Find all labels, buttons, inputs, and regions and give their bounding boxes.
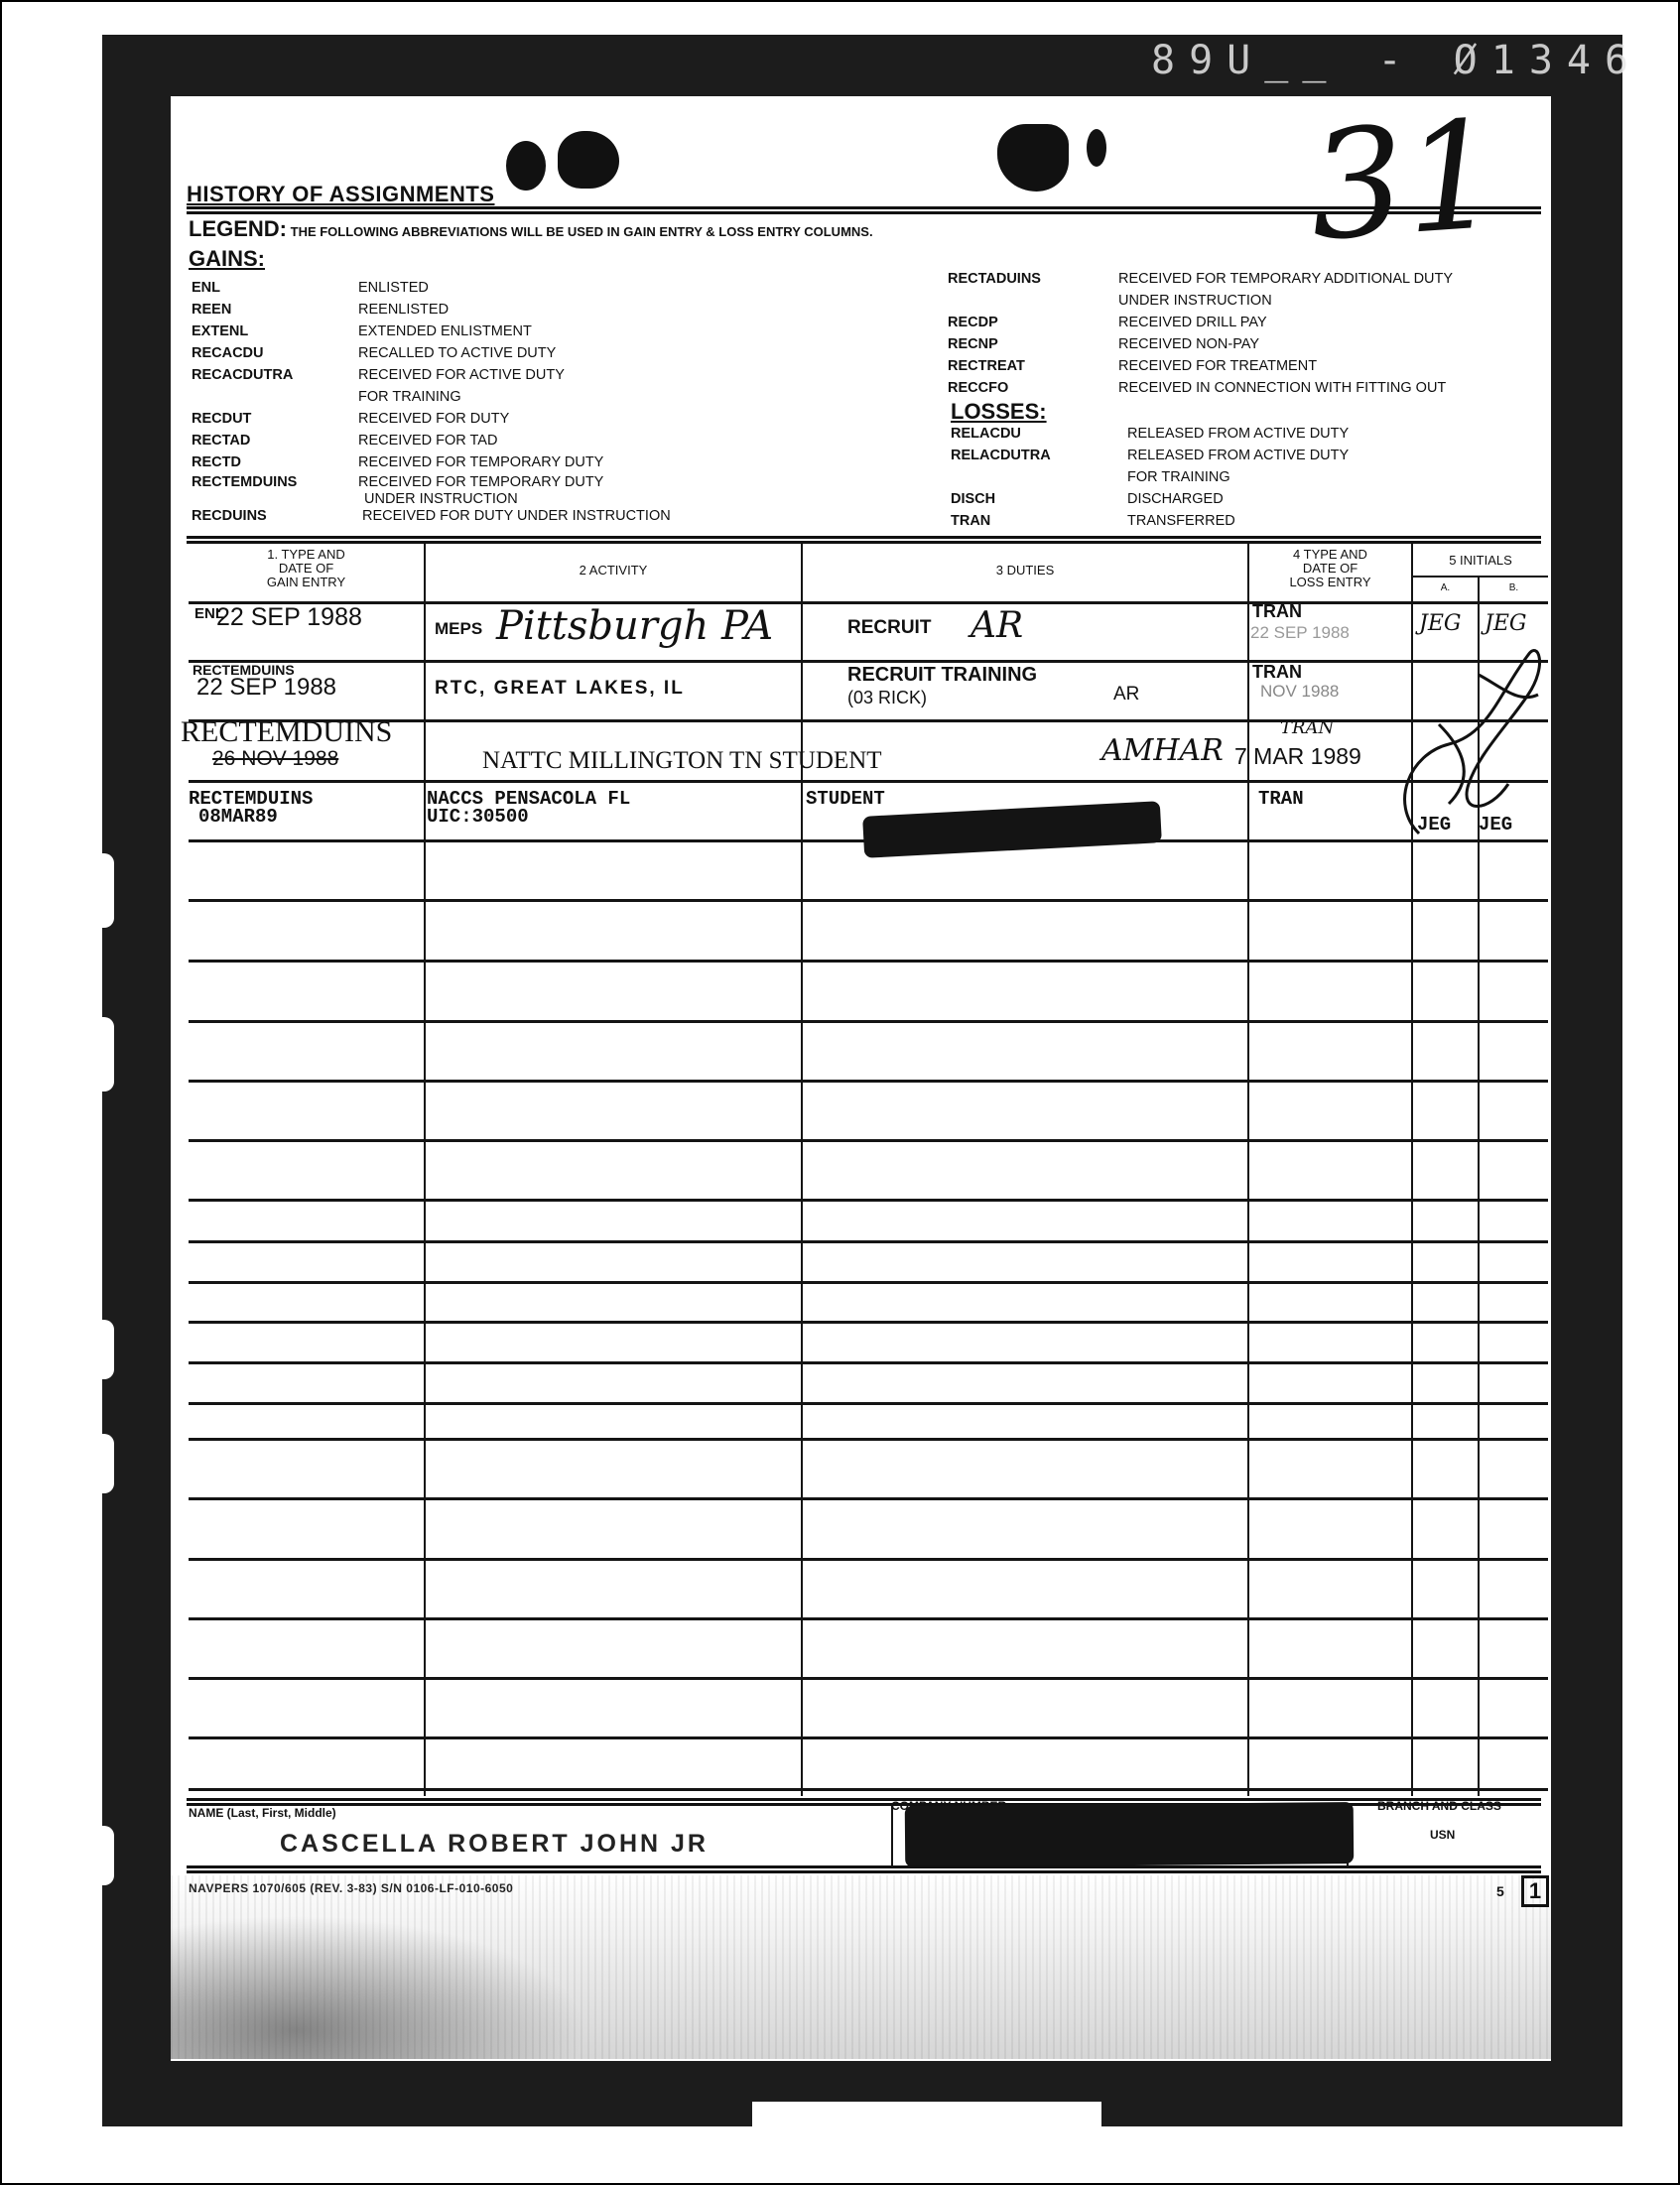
branch-class-label: BRANCH AND CLASS [1377, 1799, 1501, 1813]
row-divider [189, 1402, 1548, 1405]
gain-type: RECTEMDUINS [181, 715, 392, 749]
loss-type: TRAN [1252, 601, 1302, 622]
row-divider [189, 1438, 1548, 1441]
col-header-initials: 5 INITIALS [1413, 554, 1548, 568]
frame-code: 89U__ - Ø1346 [1151, 38, 1642, 83]
legend-item: RECDPRECEIVED DRILL PAY [948, 312, 1453, 333]
legend-text: THE FOLLOWING ABBREVIATIONS WILL BE USED… [291, 224, 873, 239]
legend-item: RECTADUINSRECEIVED FOR TEMPORARY ADDITIO… [948, 268, 1453, 290]
legend-gains-list-continued: RECTADUINSRECEIVED FOR TEMPORARY ADDITIO… [948, 268, 1453, 399]
initials-a: JEG [1419, 611, 1461, 636]
gain-date: 22 SEP 1988 [196, 674, 336, 702]
redaction-blot [506, 141, 546, 191]
legend-item: UNDER INSTRUCTION [948, 290, 1453, 312]
initials-b: JEG [1485, 611, 1526, 636]
redaction-blot [1087, 129, 1106, 167]
loss-type: TRAN [1252, 662, 1302, 683]
legend-gains-list: ENLENLISTED REENREENLISTED EXTENLEXTENDE… [192, 277, 671, 525]
row-divider [189, 1558, 1548, 1561]
legend-item: RECCFORECEIVED IN CONNECTION WITH FITTIN… [948, 377, 1453, 399]
row-divider [189, 1361, 1548, 1364]
activity: NATTC MILLINGTON TN STUDENT [482, 747, 882, 775]
service-member-name: CASCELLA ROBERT JOHN JR [280, 1830, 709, 1859]
legend-item: RECTREATRECEIVED FOR TREATMENT [948, 355, 1453, 377]
activity-line2: UIC:30500 [427, 806, 529, 828]
row-divider [189, 1139, 1548, 1142]
duties-initials: AMHAR [1101, 733, 1224, 768]
gain-date: 08MAR89 [198, 806, 278, 828]
duties-initials: AR [970, 605, 1023, 646]
punch-hole [102, 1320, 114, 1379]
divider [187, 1865, 1541, 1868]
row-divider [189, 1281, 1548, 1284]
divider [187, 536, 1541, 539]
row-divider [189, 1020, 1548, 1023]
legend-item: RECDUTRECEIVED FOR DUTY [192, 408, 671, 430]
legend-item: RELACDURELEASED FROM ACTIVE DUTY [951, 423, 1349, 445]
legend-item: UNDER INSTRUCTION [192, 491, 671, 507]
legend-item: RECTADRECEIVED FOR TAD [192, 430, 671, 451]
gains-title: GAINS: [189, 246, 265, 272]
col-header-gain: 1. TYPE AND DATE OF GAIN ENTRY [189, 548, 424, 589]
redaction-mark [905, 1802, 1355, 1867]
legend-item: REENREENLISTED [192, 299, 671, 321]
legend-item: TRANTRANSFERRED [951, 510, 1349, 532]
legend-item: ENLENLISTED [192, 277, 671, 299]
duties-line2: (03 RICK) [847, 688, 927, 708]
col-header-initials-a: A. [1413, 581, 1478, 595]
row-divider [189, 1497, 1548, 1500]
legend-item: RECDUINSRECEIVED FOR DUTY UNDER INSTRUCT… [192, 507, 671, 525]
duties: STUDENT [806, 788, 885, 810]
punch-hole [102, 1826, 114, 1885]
duties: RECRUIT [847, 617, 931, 639]
legend-header: LEGEND: THE FOLLOWING ABBREVIATIONS WILL… [189, 216, 873, 242]
duties: RECRUIT TRAINING [847, 664, 1037, 687]
name-field-label: NAME (Last, First, Middle) [189, 1806, 336, 1820]
row-divider [189, 1240, 1548, 1243]
page-prefix: 5 [1496, 1883, 1504, 1899]
punch-hole [102, 1017, 114, 1092]
row-divider [189, 1199, 1548, 1202]
form-title: HISTORY OF ASSIGNMENTS [187, 182, 494, 207]
legend-item: FOR TRAINING [951, 466, 1349, 488]
col-header-initials-b: B. [1480, 581, 1548, 595]
row-divider [189, 899, 1548, 902]
redaction-blot [558, 131, 619, 189]
row-divider [189, 1617, 1548, 1620]
losses-title: LOSSES: [951, 399, 1047, 425]
legend-item: RECACDURECALLED TO ACTIVE DUTY [192, 342, 671, 364]
frame-notch [752, 2102, 1101, 2127]
legend-losses-list: RELACDURELEASED FROM ACTIVE DUTY RELACDU… [951, 423, 1349, 532]
punch-hole [102, 853, 114, 928]
loss-type: TRAN [1258, 788, 1304, 810]
table-row: RECTEMDUINS 22 SEP 1988 RTC, GREAT LAKES… [189, 660, 1548, 719]
activity-prefix: MEPS [435, 619, 482, 639]
loss-date: NOV 1988 [1260, 682, 1339, 702]
table-row: RECTEMDUINS 26 NOV 1988 NATTC MILLINGTON… [179, 719, 1548, 780]
legend-item: DISCHDISCHARGED [951, 488, 1349, 510]
punch-hole [102, 1434, 114, 1493]
row-divider [189, 1080, 1548, 1083]
row-divider [189, 1788, 1548, 1791]
field-divider [891, 1804, 893, 1865]
legend-item: RECNPRECEIVED NON-PAY [948, 333, 1453, 355]
photocopy-noise [171, 1915, 587, 2059]
branch-class-value: USN [1430, 1828, 1455, 1842]
legend-item: RECTDRECEIVED FOR TEMPORARY DUTY [192, 451, 671, 473]
col-header-activity: 2 ACTIVITY [426, 564, 801, 578]
form-number: NAVPERS 1070/605 (REV. 3-83) S/N 0106-LF… [189, 1881, 513, 1895]
signature-scrawl [1379, 635, 1558, 853]
col-header-loss: 4 TYPE AND DATE OF LOSS ENTRY [1249, 548, 1411, 589]
duties-initials: AR [1113, 684, 1139, 706]
activity-handwritten: Pittsburgh PA [496, 603, 773, 649]
gain-date: 22 SEP 1988 [216, 603, 362, 632]
legend-item: RECTEMDUINSRECEIVED FOR TEMPORARY DUTY [192, 473, 671, 491]
row-divider [189, 960, 1548, 963]
loss-date: 22 SEP 1988 [1250, 623, 1350, 643]
page-number: 1 [1521, 1875, 1549, 1907]
divider [187, 1798, 1541, 1801]
row-divider [189, 1736, 1548, 1739]
row-divider [189, 1321, 1548, 1324]
legend-label: LEGEND: [189, 216, 287, 241]
gain-date: 26 NOV 1988 [212, 747, 338, 771]
row-divider [189, 1677, 1548, 1680]
legend-item: RELACDUTRARELEASED FROM ACTIVE DUTY [951, 445, 1349, 466]
divider [187, 206, 1541, 209]
loss-type: TRAN [1280, 717, 1334, 738]
legend-item: RECACDUTRARECEIVED FOR ACTIVE DUTY [192, 364, 671, 386]
legend-item: FOR TRAINING [192, 386, 671, 408]
initials-subheader-rule [1411, 576, 1548, 578]
handwritten-page-number: 31 [1305, 101, 1504, 263]
activity: RTC, GREAT LAKES, IL [435, 678, 685, 700]
loss-date: 7 MAR 1989 [1234, 743, 1361, 770]
table-row: ENL 22 SEP 1988 MEPS Pittsburgh PA RECRU… [189, 601, 1548, 660]
legend-item: EXTENLEXTENDED ENLISTMENT [192, 321, 671, 342]
col-header-duties: 3 DUTIES [803, 564, 1247, 578]
